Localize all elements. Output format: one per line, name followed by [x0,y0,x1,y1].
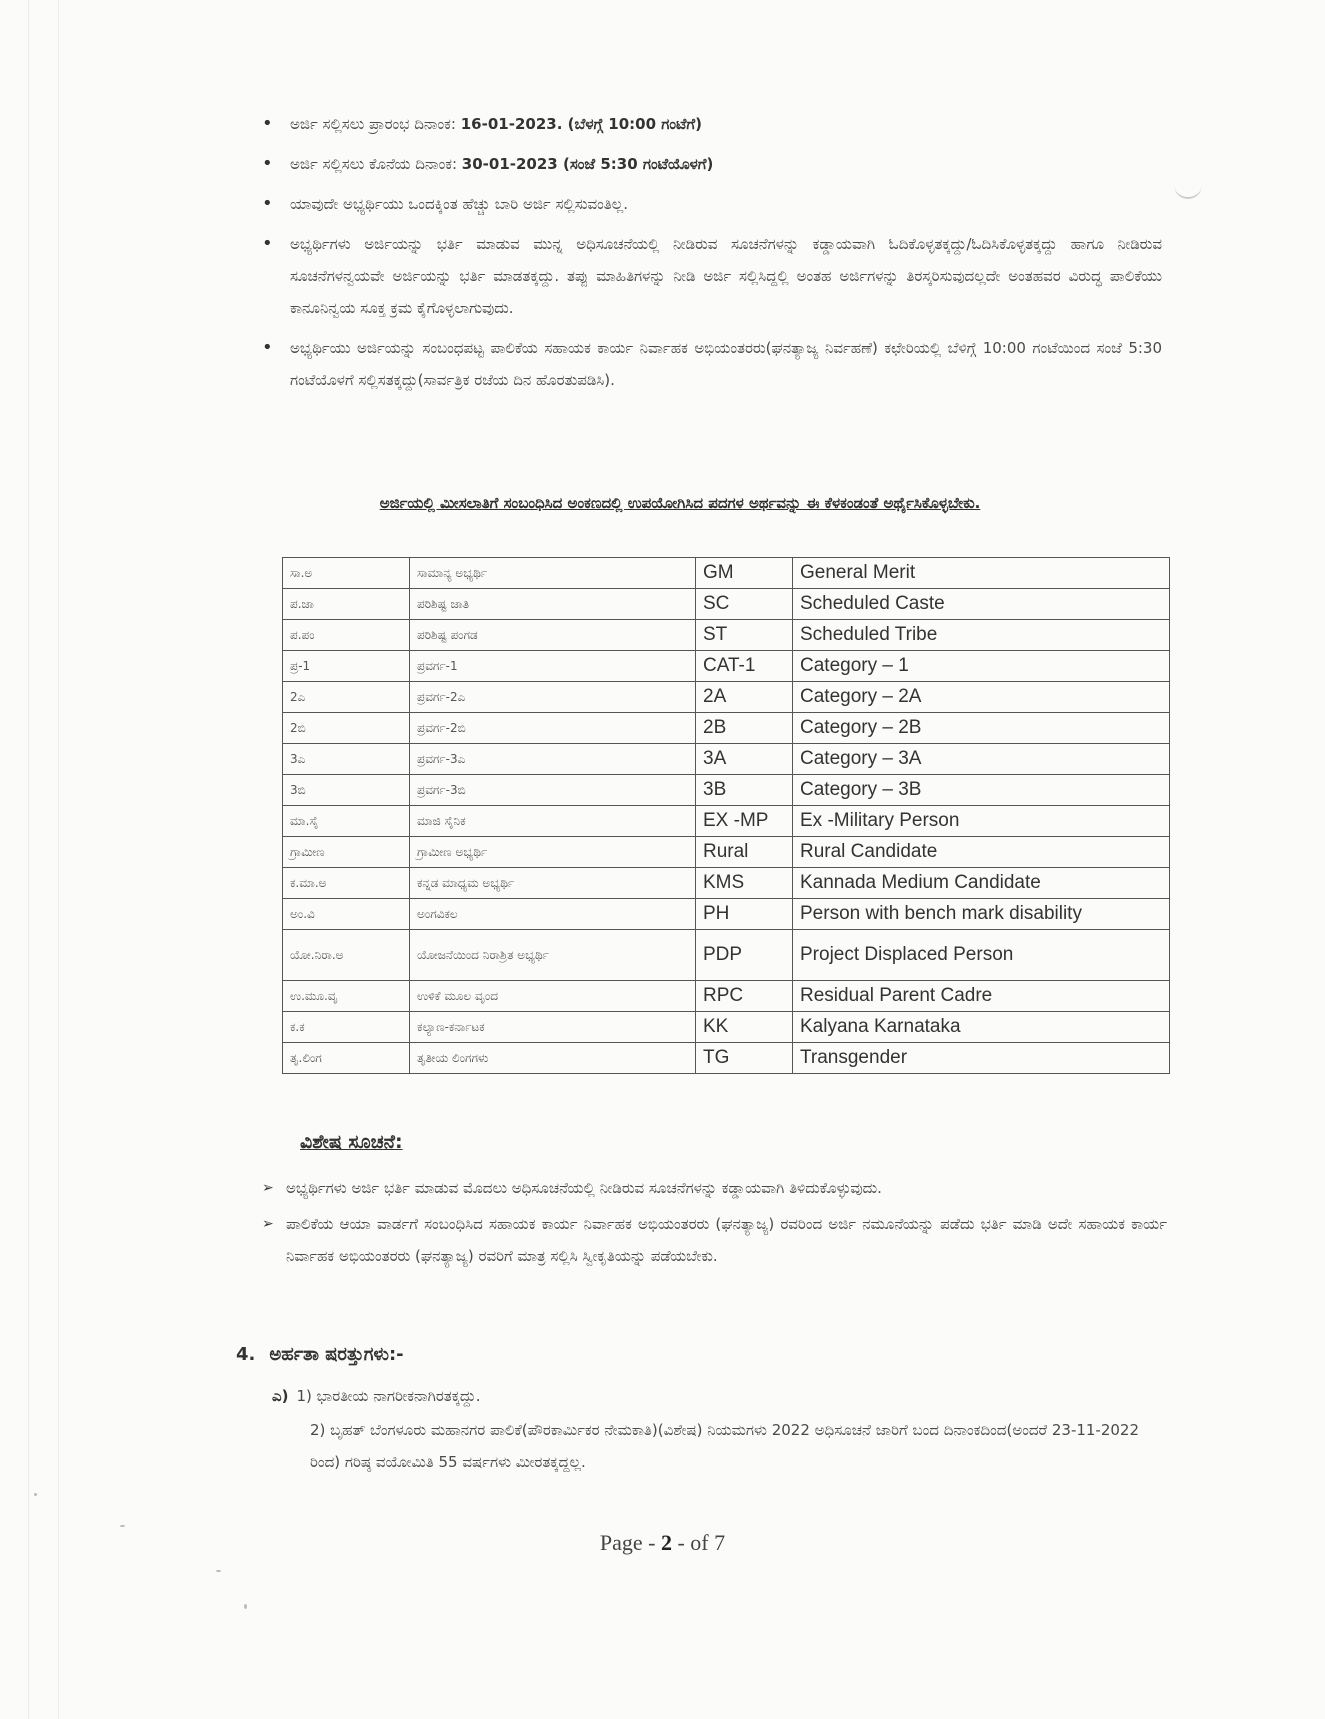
list-item: ಪಾಲಿಕೆಯ ಆಯಾ ವಾರ್ಡಗೆ ಸಂಬಂಧಿಸಿದ ಸಹಾಯಕ ಕಾರ್… [262,1208,1167,1272]
english-code: ST [696,620,793,651]
english-code: TG [696,1043,793,1074]
table-row: ಕ.ಕಕಲ್ಯಾಣ-ಕರ್ನಾಟಕKKKalyana Karnataka [283,1012,1170,1043]
kannada-abbreviation: 2ಎ [283,682,410,713]
application-info-list: ಅರ್ಜಿ ಸಲ್ಲಿಸಲು ಪ್ರಾರಂಭ ದಿನಾಂಕ: 16-01-202… [262,108,1162,404]
english-term: Kannada Medium Candidate [793,868,1170,899]
scan-speck [120,1525,125,1527]
section-number: 4. [236,1344,255,1365]
kannada-abbreviation: ಮಾ.ಸೈ [283,806,410,837]
table-row: 2ಬಿಪ್ರವರ್ಗ-2ಬಿ2BCategory – 2B [283,713,1170,744]
scan-edge-line [28,0,29,1719]
list-item: ಅಭ್ಯರ್ಥಿಗಳು ಅರ್ಜಿಯನ್ನು ಭರ್ತಿ ಮಾಡುವ ಮುನ್ನ… [262,228,1162,324]
kannada-term: ಪ್ರವರ್ಗ-2ಎ [410,682,696,713]
kannada-term: ಗ್ರಾಮೀಣ ಅಭ್ಯರ್ಥಿ [410,837,696,868]
english-term: Rural Candidate [793,837,1170,868]
kannada-abbreviation: ಕ.ಕ [283,1012,410,1043]
kannada-term: ಪರಿಶಿಷ್ಟ ಜಾತಿ [410,589,696,620]
table-row: ಉ.ಮೂ.ವೃಉಳಿಕೆ ಮೂಲ ವೃಂದRPCResidual Parent … [283,981,1170,1012]
special-note-list: ಅಭ್ಯರ್ಥಿಗಳು ಅರ್ಜಿ ಭರ್ತಿ ಮಾಡುವ ಮೊದಲು ಅಧಿಸ… [262,1172,1167,1276]
table-row: 2ಎಪ್ರವರ್ಗ-2ಎ2ACategory – 2A [283,682,1170,713]
special-note-title: ವಿಶೇಷ ಸೂಚನೆ: [300,1131,403,1153]
scan-speck [244,1604,247,1609]
kannada-abbreviation: ತೃ.ಲಿಂಗ [283,1043,410,1074]
scan-edge-line [58,0,59,1719]
kannada-abbreviation: ಉ.ಮೂ.ವೃ [283,981,410,1012]
table-row: ತೃ.ಲಿಂಗತೃತೀಯ ಲಿಂಗಗಳುTGTransgender [283,1043,1170,1074]
english-term: Category – 2B [793,713,1170,744]
english-term: General Merit [793,558,1170,589]
english-term: Kalyana Karnataka [793,1012,1170,1043]
kannada-abbreviation: ಕ.ಮಾ.ಅ [283,868,410,899]
kannada-abbreviation: ಪ್ರ-1 [283,651,410,682]
english-term: Category – 1 [793,651,1170,682]
sub-letter: ಎ) [272,1387,289,1405]
kannada-term: ಪ್ರವರ್ಗ-3ಬಿ [410,775,696,806]
english-code: EX -MP [696,806,793,837]
table-row: ಯೋ.ನಿರಾ.ಅಯೋಜನೆಯಿಂದ ನಿರಾಶ್ರಿತ ಅಭ್ಯರ್ಥಿPDP… [283,930,1170,981]
page-number: Page - 2 - of 7 [0,1530,1325,1556]
list-item: ಅಭ್ಯರ್ಥಿಗಳು ಅರ್ಜಿ ಭರ್ತಿ ಮಾಡುವ ಮೊದಲು ಅಧಿಸ… [262,1172,1167,1204]
scan-mark [1174,183,1202,199]
english-term: Category – 3B [793,775,1170,806]
english-code: Rural [696,837,793,868]
kannada-term: ಪ್ರವರ್ಗ-3ಎ [410,744,696,775]
table-row: ಕ.ಮಾ.ಅಕನ್ನಡ ಮಾಧ್ಯಮ ಅಭ್ಯರ್ಥಿKMSKannada Me… [283,868,1170,899]
list-item: ಯಾವುದೇ ಅಭ್ಯರ್ಥಿಯು ಒಂದಕ್ಕಿಂತ ಹೆಚ್ಚು ಬಾರಿ … [262,188,1162,220]
kannada-term: ಉಳಿಕೆ ಮೂಲ ವೃಂದ [410,981,696,1012]
kannada-abbreviation: ಸಾ.ಅ [283,558,410,589]
english-code: PDP [696,930,793,981]
table-row: ಪ್ರ-1ಪ್ರವರ್ಗ-1CAT-1Category – 1 [283,651,1170,682]
table-row: ಅಂ.ವಿಅಂಗವಿಕಲPHPerson with bench mark dis… [283,899,1170,930]
kannada-term: ಕನ್ನಡ ಮಾಧ್ಯಮ ಅಭ್ಯರ್ಥಿ [410,868,696,899]
kannada-abbreviation: 3ಎ [283,744,410,775]
condition-item: 2) ಬೃಹತ್ ಬೆಂಗಳೂರು ಮಹಾನಗರ ಪಾಲಿಕೆ(ಪೌರಕಾರ್ಮ… [310,1414,1168,1478]
english-code: 3B [696,775,793,806]
table-heading: ಅರ್ಜಿಯಲ್ಲಿ ಮೀಸಲಾತಿಗೆ ಸಂಬಂಧಿಸಿದ ಅಂಕಣದಲ್ಲಿ… [240,486,1120,520]
kannada-abbreviation: ಪ.ಜಾ [283,589,410,620]
kannada-term: ಕಲ್ಯಾಣ-ಕರ್ನಾಟಕ [410,1012,696,1043]
scan-speck [216,1570,221,1572]
english-code: KMS [696,868,793,899]
english-code: 2B [696,713,793,744]
table-row: ಸಾ.ಅಸಾಮಾನ್ಯ ಅಭ್ಯರ್ಥಿGMGeneral Merit [283,558,1170,589]
english-term: Category – 3A [793,744,1170,775]
english-term: Residual Parent Cadre [793,981,1170,1012]
kannada-term: ಪ್ರವರ್ಗ-2ಬಿ [410,713,696,744]
english-code: SC [696,589,793,620]
start-date: 16-01-2023. (ಬೆಳಗ್ಗೆ 10:00 ಗಂಟೆಗೆ) [461,115,702,133]
english-term: Ex -Military Person [793,806,1170,837]
english-code: PH [696,899,793,930]
section-title: ಅರ್ಹತಾ ಷರತ್ತುಗಳು:- [269,1344,403,1365]
english-code: CAT-1 [696,651,793,682]
kannada-term: ಪರಿಶಿಷ್ಟ ಪಂಗಡ [410,620,696,651]
table-row: ಪ.ಪಂಪರಿಶಿಷ್ಟ ಪಂಗಡSTScheduled Tribe [283,620,1170,651]
english-code: RPC [696,981,793,1012]
kannada-abbreviation: ಯೋ.ನಿರಾ.ಅ [283,930,410,981]
english-code: GM [696,558,793,589]
table-row: ಪ.ಜಾಪರಿಶಿಷ್ಟ ಜಾತಿSCScheduled Caste [283,589,1170,620]
table-row: ಗ್ರಾಮೀಣಗ್ರಾಮೀಣ ಅಭ್ಯರ್ಥಿRuralRural Candid… [283,837,1170,868]
list-item: ಅರ್ಜಿ ಸಲ್ಲಿಸಲು ಪ್ರಾರಂಭ ದಿನಾಂಕ: 16-01-202… [262,108,1162,140]
kannada-abbreviation: 2ಬಿ [283,713,410,744]
kannada-term: ಯೋಜನೆಯಿಂದ ನಿರಾಶ್ರಿತ ಅಭ್ಯರ್ಥಿ [410,930,696,981]
table-row: 3ಬಿಪ್ರವರ್ಗ-3ಬಿ3BCategory – 3B [283,775,1170,806]
kannada-abbreviation: 3ಬಿ [283,775,410,806]
condition-item: ಎ)1) ಭಾರತೀಯ ನಾಗರೀಕನಾಗಿರತಕ್ಕದ್ದು. [272,1380,480,1412]
table-row: 3ಎಪ್ರವರ್ಗ-3ಎ3ACategory – 3A [283,744,1170,775]
kannada-term: ಸಾಮಾನ್ಯ ಅಭ್ಯರ್ಥಿ [410,558,696,589]
english-code: 3A [696,744,793,775]
english-term: Scheduled Caste [793,589,1170,620]
section-heading: 4.ಅರ್ಹತಾ ಷರತ್ತುಗಳು:- [236,1344,404,1365]
english-term: Category – 2A [793,682,1170,713]
end-date: 30-01-2023 (ಸಂಜೆ 5:30 ಗಂಟೆಯೊಳಗೆ) [462,155,714,173]
english-term: Transgender [793,1043,1170,1074]
english-code: 2A [696,682,793,713]
english-term: Scheduled Tribe [793,620,1170,651]
kannada-abbreviation: ಗ್ರಾಮೀಣ [283,837,410,868]
scan-speck [34,1493,37,1496]
kannada-term: ಪ್ರವರ್ಗ-1 [410,651,696,682]
kannada-term: ಮಾಜಿ ಸೈನಿಕ [410,806,696,837]
list-item: ಅರ್ಜಿ ಸಲ್ಲಿಸಲು ಕೊನೆಯ ದಿನಾಂಕ: 30-01-2023 … [262,148,1162,180]
reservation-legend-table: ಸಾ.ಅಸಾಮಾನ್ಯ ಅಭ್ಯರ್ಥಿGMGeneral Meritಪ.ಜಾಪ… [282,557,1170,1074]
kannada-term: ಅಂಗವಿಕಲ [410,899,696,930]
kannada-abbreviation: ಅಂ.ವಿ [283,899,410,930]
list-item: ಅಭ್ಯರ್ಥಿಯು ಅರ್ಜಿಯನ್ನು ಸಂಬಂಧಪಟ್ಟ ಪಾಲಿಕೆಯ … [262,332,1162,396]
table-row: ಮಾ.ಸೈಮಾಜಿ ಸೈನಿಕEX -MPEx -Military Person [283,806,1170,837]
english-term: Project Displaced Person [793,930,1170,981]
kannada-term: ತೃತೀಯ ಲಿಂಗಗಳು [410,1043,696,1074]
english-term: Person with bench mark disability [793,899,1170,930]
kannada-abbreviation: ಪ.ಪಂ [283,620,410,651]
english-code: KK [696,1012,793,1043]
